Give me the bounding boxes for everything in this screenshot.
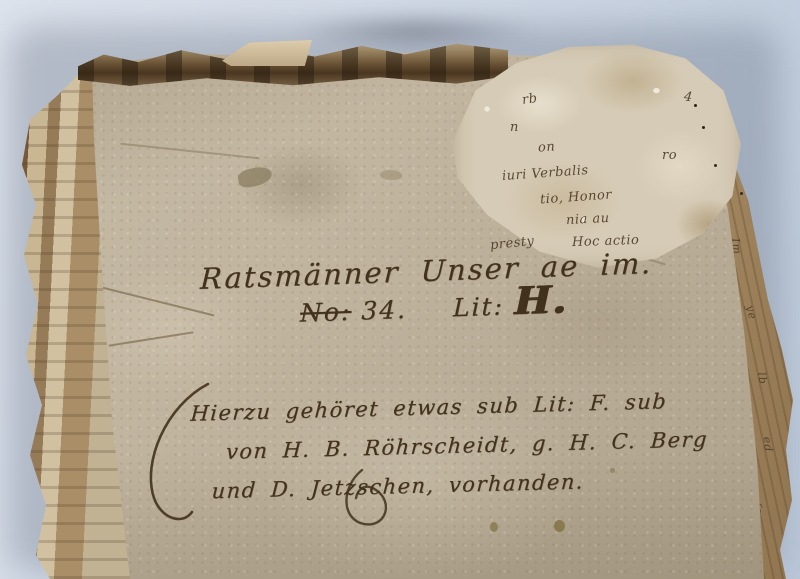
fragment-text: ro [662,148,677,163]
marginalia-text: ed [761,436,776,453]
note-block: Hierzu gehöret etwas sub Lit: F. sub von… [185,381,712,512]
archival-manuscript-photo: ls br Im ye lb ed fs rb n on ro iuri Ver… [0,0,800,579]
fragment-text: n [510,120,519,135]
fragment-text: on [537,139,555,155]
lit-value: H. [514,276,568,323]
fragment-text: rb [521,91,538,108]
ink-spot [490,522,498,532]
fragment-text: 4 [683,90,693,106]
ink-spot [554,520,565,532]
lit-label: Lit: [453,292,505,323]
stain-blob [380,170,402,180]
marginalia-text: lb [755,371,770,386]
worm-holes [694,104,697,107]
spacer [417,317,443,318]
no-label: No: [300,297,352,328]
no-value: 34. [361,295,407,326]
fragment-text: nia au [566,211,610,228]
